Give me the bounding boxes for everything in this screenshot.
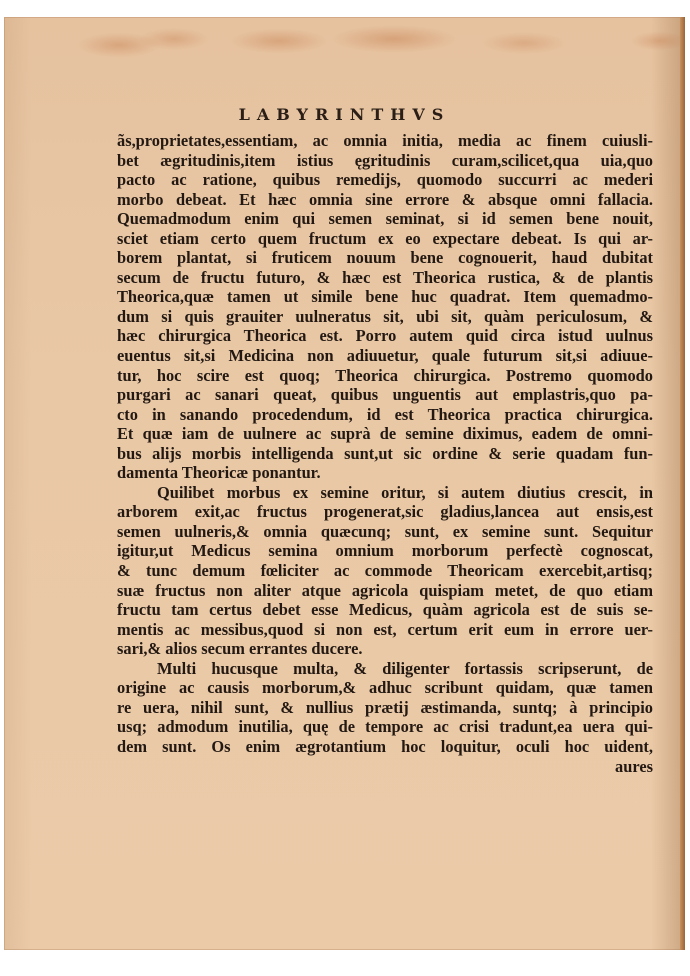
text-line: arborem exit,ac fructus progenerat,sic g… xyxy=(117,502,653,522)
text-line: purgari ac sanari queat, quibus unguenti… xyxy=(117,385,653,405)
text-line: dum si quis grauiter uulneratus sit, ubi… xyxy=(117,307,653,327)
page-edge xyxy=(680,17,685,950)
text-line: re uera, nihil sunt, & nullius prætij æs… xyxy=(117,698,653,718)
text-line: dem sunt. Os enim ægrotantium hoc loquit… xyxy=(117,737,653,757)
text-line: ãs,proprietates,essentiam, ac omnia init… xyxy=(117,131,653,151)
text-line: & tunc demum fœliciter ac commode Theori… xyxy=(117,561,653,581)
text-line: euentus sit,si Medicina non adiuuetur, q… xyxy=(117,346,653,366)
text-line: Multi hucusque multa, & diligenter forta… xyxy=(117,659,653,679)
text-line: cto in sanando procedendum, id est Theor… xyxy=(117,405,653,425)
paragraph-3: Multi hucusque multa, & diligenter forta… xyxy=(117,659,653,757)
book-page: LABYRINTHVS ãs,proprietates,essentiam, a… xyxy=(4,17,685,950)
text-line: mentis ac messibus,quod si non est, cert… xyxy=(117,620,653,640)
text-line: damenta Theoricæ ponantur. xyxy=(117,463,653,483)
text-line: bet ægritudinis,item istius ęgritudinis … xyxy=(117,151,653,171)
text-line: bus alijs morbis intelligenda sunt,ut si… xyxy=(117,444,653,464)
text-line: sciet etiam certo quem fructum ex eo exp… xyxy=(117,229,653,249)
text-line: Quilibet morbus ex semine oritur, si aut… xyxy=(117,483,653,503)
text-line: origine ac causis morborum,& adhuc scrib… xyxy=(117,678,653,698)
text-line: suæ fructus non aliter atque agricola qu… xyxy=(117,581,653,601)
text-line: Theorica,quæ tamen ut simile bene huc qu… xyxy=(117,287,653,307)
text-line: secum de fructu futuro, & hæc est Theori… xyxy=(117,268,653,288)
text-line: morbo debeat. Et hæc omnia sine errore &… xyxy=(117,190,653,210)
text-line: pacto ac ratione, quibus remedijs, quomo… xyxy=(117,170,653,190)
text-line: Et quæ iam de uulnere ac suprà de semine… xyxy=(117,424,653,444)
running-head: LABYRINTHVS xyxy=(4,105,685,124)
text-line: semen uulneris,& omnia quæcunq; sunt, ex… xyxy=(117,522,653,542)
text-line: Quemadmodum enim qui semen seminat, si i… xyxy=(117,209,653,229)
paragraph-1: ãs,proprietates,essentiam, ac omnia init… xyxy=(117,131,653,483)
text-line: igitur,ut Medicus semina omnium morborum… xyxy=(117,541,653,561)
text-line: fructu tam certus debet esse Medicus, qu… xyxy=(117,600,653,620)
text-line: borem plantat, si fruticem nouum bene co… xyxy=(117,248,653,268)
catchword: aures xyxy=(117,757,653,777)
text-line: hæc chirurgica Theorica est. Porro autem… xyxy=(117,326,653,346)
text-line: sari,& alios secum errantes ducere. xyxy=(117,639,653,659)
text-line: usq; admodum inutilia, quę de tempore ac… xyxy=(117,717,653,737)
body-text: ãs,proprietates,essentiam, ac omnia init… xyxy=(117,131,653,776)
paragraph-2: Quilibet morbus ex semine oritur, si aut… xyxy=(117,483,653,659)
text-line: tur, hoc scire est quoq; Theorica chirur… xyxy=(117,366,653,386)
